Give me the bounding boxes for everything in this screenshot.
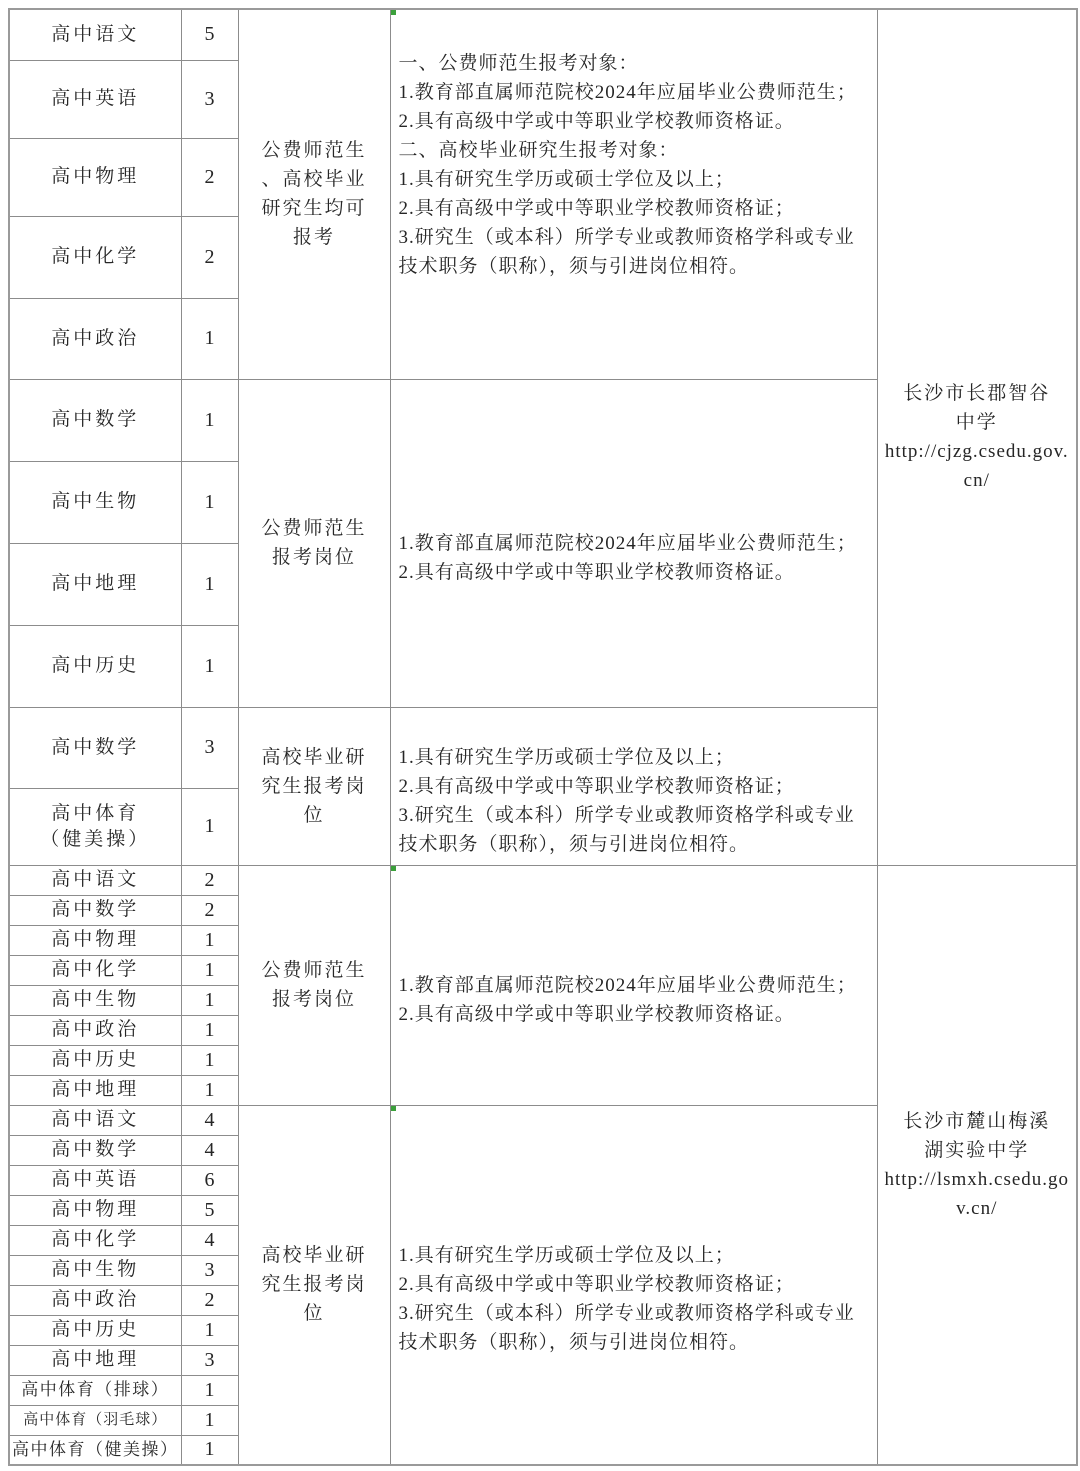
category-cell: 高校毕业研 究生报考岗 位 xyxy=(238,1105,390,1465)
subject-cell: 高中政治 xyxy=(9,298,181,379)
green-flag-marker xyxy=(390,865,396,871)
subject-cell: 高中生物 xyxy=(9,1255,181,1285)
count-cell: 6 xyxy=(181,1165,238,1195)
count-cell: 2 xyxy=(181,895,238,925)
subject-cell: 高中体育 （健美操） xyxy=(9,788,181,865)
count-cell: 1 xyxy=(181,461,238,543)
subject-cell: 高中数学 xyxy=(9,895,181,925)
count-cell: 1 xyxy=(181,1405,238,1435)
school-url: http://cjzg.csedu.gov.cn/ xyxy=(884,437,1071,495)
count-cell: 1 xyxy=(181,1045,238,1075)
count-cell: 1 xyxy=(181,1015,238,1045)
subject-cell: 高中体育（羽毛球） xyxy=(9,1405,181,1435)
table-row: 高中语文 5 公费师范生 、高校毕业 研究生均可 报考 一、公费师范生报考对象：… xyxy=(9,9,1077,60)
subject-cell: 高中历史 xyxy=(9,1315,181,1345)
subject-cell: 高中地理 xyxy=(9,543,181,625)
category-cell: 公费师范生 报考岗位 xyxy=(238,379,390,707)
subject-cell: 高中数学 xyxy=(9,379,181,461)
subject-cell: 高中地理 xyxy=(9,1075,181,1105)
subject-cell: 高中英语 xyxy=(9,1165,181,1195)
category-cell: 高校毕业研 究生报考岗 位 xyxy=(238,707,390,865)
count-cell: 1 xyxy=(181,788,238,865)
green-flag-marker xyxy=(390,1105,396,1111)
count-cell: 5 xyxy=(181,9,238,60)
requirements-cell: 1.教育部直属师范院校2024年应届毕业公费师范生； 2.具有高级中学或中等职业… xyxy=(390,865,877,1105)
school-cell: 长沙市长郡智谷 中学 http://cjzg.csedu.gov.cn/ xyxy=(877,9,1077,865)
school-name: 长沙市麓山梅溪 湖实验中学 xyxy=(884,1107,1071,1165)
requirements-cell: 1.教育部直属师范院校2024年应届毕业公费师范生； 2.具有高级中学或中等职业… xyxy=(390,379,877,707)
subject-cell: 高中语文 xyxy=(9,865,181,895)
requirements-cell: 1.具有研究生学历或硕士学位及以上； 2.具有高级中学或中等职业学校教师资格证；… xyxy=(390,1105,877,1465)
count-cell: 1 xyxy=(181,955,238,985)
count-cell: 2 xyxy=(181,216,238,298)
subject-cell: 高中化学 xyxy=(9,955,181,985)
subject-cell: 高中历史 xyxy=(9,625,181,707)
subject-cell: 高中物理 xyxy=(9,138,181,216)
subject-cell: 高中体育（排球） xyxy=(9,1375,181,1405)
subject-cell: 高中英语 xyxy=(9,60,181,138)
count-cell: 1 xyxy=(181,1435,238,1465)
count-cell: 1 xyxy=(181,985,238,1015)
recruitment-table-page: { "colors": { "background": "#ffffff", "… xyxy=(0,0,1080,1471)
count-cell: 5 xyxy=(181,1195,238,1225)
school-name: 长沙市长郡智谷 中学 xyxy=(884,379,1071,437)
positions-table: 高中语文 5 公费师范生 、高校毕业 研究生均可 报考 一、公费师范生报考对象：… xyxy=(8,8,1078,1466)
subject-cell: 高中生物 xyxy=(9,461,181,543)
category-cell: 公费师范生 报考岗位 xyxy=(238,865,390,1105)
school-cell: 长沙市麓山梅溪 湖实验中学 http://lsmxh.csedu.gov.cn/ xyxy=(877,865,1077,1465)
subject-cell: 高中历史 xyxy=(9,1045,181,1075)
count-cell: 1 xyxy=(181,925,238,955)
subject-cell: 高中政治 xyxy=(9,1015,181,1045)
requirements-text: 一、公费师范生报考对象： 1.教育部直属师范院校2024年应届毕业公费师范生； … xyxy=(399,53,857,277)
subject-cell: 高中物理 xyxy=(9,925,181,955)
count-cell: 4 xyxy=(181,1225,238,1255)
subject-cell: 高中化学 xyxy=(9,1225,181,1255)
count-cell: 2 xyxy=(181,138,238,216)
requirements-cell: 一、公费师范生报考对象： 1.教育部直属师范院校2024年应届毕业公费师范生； … xyxy=(390,9,877,379)
category-cell: 公费师范生 、高校毕业 研究生均可 报考 xyxy=(238,9,390,379)
count-cell: 3 xyxy=(181,707,238,788)
green-flag-marker xyxy=(390,9,396,15)
subject-cell: 高中体育（健美操） xyxy=(9,1435,181,1465)
subject-cell: 高中政治 xyxy=(9,1285,181,1315)
count-cell: 1 xyxy=(181,1075,238,1105)
requirements-text: 1.教育部直属师范院校2024年应届毕业公费师范生； 2.具有高级中学或中等职业… xyxy=(399,975,857,1025)
count-cell: 3 xyxy=(181,1255,238,1285)
count-cell: 1 xyxy=(181,625,238,707)
requirements-text: 1.具有研究生学历或硕士学位及以上； 2.具有高级中学或中等职业学校教师资格证；… xyxy=(399,1245,855,1353)
count-cell: 4 xyxy=(181,1135,238,1165)
count-cell: 2 xyxy=(181,865,238,895)
count-cell: 1 xyxy=(181,543,238,625)
count-cell: 4 xyxy=(181,1105,238,1135)
requirements-text: 1.教育部直属师范院校2024年应届毕业公费师范生； 2.具有高级中学或中等职业… xyxy=(399,533,857,583)
school-url: http://lsmxh.csedu.gov.cn/ xyxy=(884,1165,1071,1223)
count-cell: 1 xyxy=(181,298,238,379)
subject-cell: 高中数学 xyxy=(9,707,181,788)
subject-cell: 高中生物 xyxy=(9,985,181,1015)
subject-cell: 高中数学 xyxy=(9,1135,181,1165)
requirements-text: 1.具有研究生学历或硕士学位及以上； 2.具有高级中学或中等职业学校教师资格证；… xyxy=(399,747,855,855)
requirements-cell: 1.具有研究生学历或硕士学位及以上； 2.具有高级中学或中等职业学校教师资格证；… xyxy=(390,707,877,865)
subject-cell: 高中语文 xyxy=(9,9,181,60)
count-cell: 1 xyxy=(181,1315,238,1345)
count-cell: 1 xyxy=(181,379,238,461)
count-cell: 1 xyxy=(181,1375,238,1405)
subject-cell: 高中物理 xyxy=(9,1195,181,1225)
count-cell: 3 xyxy=(181,1345,238,1375)
subject-cell: 高中地理 xyxy=(9,1345,181,1375)
count-cell: 2 xyxy=(181,1285,238,1315)
subject-cell: 高中化学 xyxy=(9,216,181,298)
table-row: 高中语文 2 公费师范生 报考岗位 1.教育部直属师范院校2024年应届毕业公费… xyxy=(9,865,1077,895)
count-cell: 3 xyxy=(181,60,238,138)
subject-cell: 高中语文 xyxy=(9,1105,181,1135)
